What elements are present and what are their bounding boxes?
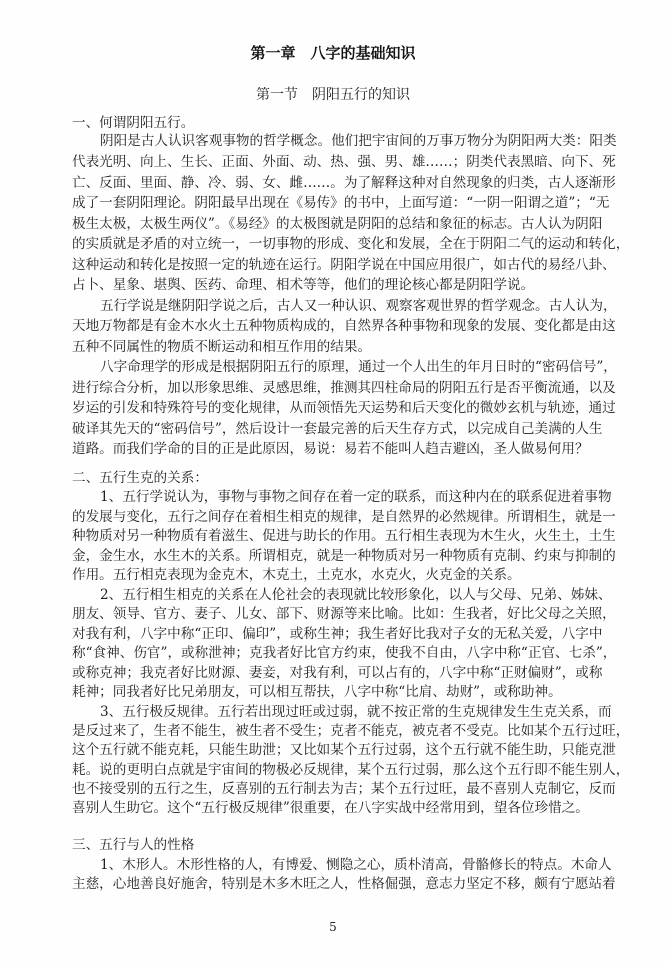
text-line: 种物质对另一种物质有着滋生、促进与助长的作用。五行相生表现为木生火，火生土，土生 <box>72 527 592 545</box>
text-line: 破译其先天的“密码信号”，然后设计一套最完善的后天生存方式，以完成自己美满的人生 <box>72 420 592 438</box>
text-line: 成了一套阴阳理论。阴阳最早出现在《易传》的书中，上面写道：“一阴一阳谓之道”；“… <box>72 194 592 212</box>
text-line: 进行综合分析，加以形象思维、灵感思维，推测其四柱命局的阴阳五行是否平衡流通，以及 <box>72 379 592 397</box>
text-line: 作用。五行相克表现为金克木，木克土，土克水，水克火，火克金的关系。 <box>72 566 592 584</box>
text-line: 对我有利，八字中称“正印、偏印”，或称生神；我生者好比我对子女的无私关爱，八字中 <box>72 625 592 643</box>
text-line: 五种不同属性的物质不断运动和相互作用的结果。 <box>72 338 592 356</box>
text-line: 五行学说是继阴阳学说之后，古人又一种认识、观察客观世界的哲学观念。古人认为， <box>72 297 592 315</box>
text-line: 1、木形人。木形性格的人，有博爱、恻隐之心，质朴清高，骨骼修长的特点。木命人 <box>72 856 592 874</box>
text-line: 的实质就是矛盾的对立统一，一切事物的形成、变化和发展，全在于阴阳二气的运动和转化… <box>72 235 592 253</box>
text-line: 阴阳是古人认识客观事物的哲学概念。他们把宇宙间的万事万物分为阴阳两大类：阳类 <box>72 132 592 150</box>
text-line: 耗。说的更明白点就是宇宙间的物极必反规律，某个五行过弱，那么这个五行即不能生别人… <box>72 761 592 779</box>
text-line: 天地万物都是有金木水火土五种物质构成的，自然界各种事物和现象的发展、变化都是由这 <box>72 317 592 335</box>
text-line: 代表光明、向上、生长、正面、外面、动、热、强、男、雄……；阴类代表黑暗、向下、死 <box>72 153 592 171</box>
text-line: 金，金生水，水生木的关系。所谓相克，就是一种物质对另一种物质有克制、约束与抑制的 <box>72 547 592 565</box>
text-line: 也不接受别的五行之生，反喜别的五行制去为吉；某个五行过旺，最不喜别人克制它，反而 <box>72 780 592 798</box>
section-heading: 三、五行与人的性格 <box>72 836 592 854</box>
text-line: 称“食神、伤官”，或称泄神；克我者好比官方约束，使我不自由，八字中称“正官、七杀… <box>72 644 592 662</box>
text-line: 道路。而我们学命的目的正是此原因，易说：易若不能叫人趋吉避凶，圣人做易何用？ <box>72 440 592 458</box>
text-line: 耗神；同我者好比兄弟朋友，可以相互帮扶，八字中称“比肩、劫财”，或称助神。 <box>72 683 592 701</box>
text-line: 这个五行就不能克耗，只能生助泄；又比如某个五行过弱，这个五行就不能生助，只能克泄 <box>72 741 592 759</box>
section-heading: 一、何谓阴阳五行。 <box>72 114 592 132</box>
text-line: 喜别人生助它。这个“五行极反规律”很重要，在八字实战中经常用到，望各位珍惜之。 <box>72 799 592 817</box>
page-number: 5 <box>0 920 666 934</box>
text-line: 这种运动和转化是按照一定的轨迹在运行。阴阳学说在中国应用很广，如古代的易经八卦、 <box>72 256 592 274</box>
text-line: 八字命理学的形成是根据阴阳五行的原理，通过一个人出生的年月日时的“密码信号”， <box>72 358 592 376</box>
text-line: 是反过来了，生者不能生，被生者不受生；克者不能克，被克者不受克。比如某个五行过旺… <box>72 722 592 740</box>
document-page: 第一章 八字的基础知识 第一节 阴阳五行的知识 一、何谓阴阳五行。阴阳是古人认识… <box>0 0 666 966</box>
text-line: 占卜、星象、堪舆、医药、命理、相术等等，他们的理论核心都是阴阳学说。 <box>72 276 592 294</box>
text-line: 极生太极，太极生两仪”。《易经》的太极图就是阴阳的总结和象征的标志。古人认为阴阳 <box>72 215 592 233</box>
text-line: 朋友、领导、官方、妻子、儿女、部下、财源等来比喻。比如：生我者，好比父母之关照， <box>72 605 592 623</box>
text-line: 或称克神；我克者好比财源、妻妾，对我有利，可以占有的，八字中称“正财偏财”，或称 <box>72 664 592 682</box>
chapter-title: 第一章 八字的基础知识 <box>0 42 666 63</box>
section-title: 第一节 阴阳五行的知识 <box>0 84 666 104</box>
text-line: 岁运的引发和特殊符号的变化规律，从而领悟先天运势和后天变化的微妙玄机与轨迹，通过 <box>72 399 592 417</box>
text-line: 1、五行学说认为，事物与事物之间存在着一定的联系，而这种内在的联系促进着事物 <box>72 488 592 506</box>
text-line: 2、五行相生相克的关系在人伦社会的表现就比较形象化，以人与父母、兄弟、姊妹、 <box>72 586 592 604</box>
text-line: 3、五行极反规律。五行若出现过旺或过弱，就不按正常的生克规律发生生克关系，而 <box>72 703 592 721</box>
text-line: 的发展与变化，五行之间存在着相生相克的规律，是自然界的必然规律。所谓相生，就是一 <box>72 508 592 526</box>
text-line: 主慈，心地善良好施舍，特别是木多木旺之人，性格倔强，意志力坚定不移，颇有宁愿站着 <box>72 875 592 893</box>
section-heading: 二、五行生克的关系： <box>72 469 592 487</box>
text-line: 亡、反面、里面、静、冷、弱、女、雌……。为了解释这种对自然现象的归类，古人逐渐形 <box>72 174 592 192</box>
